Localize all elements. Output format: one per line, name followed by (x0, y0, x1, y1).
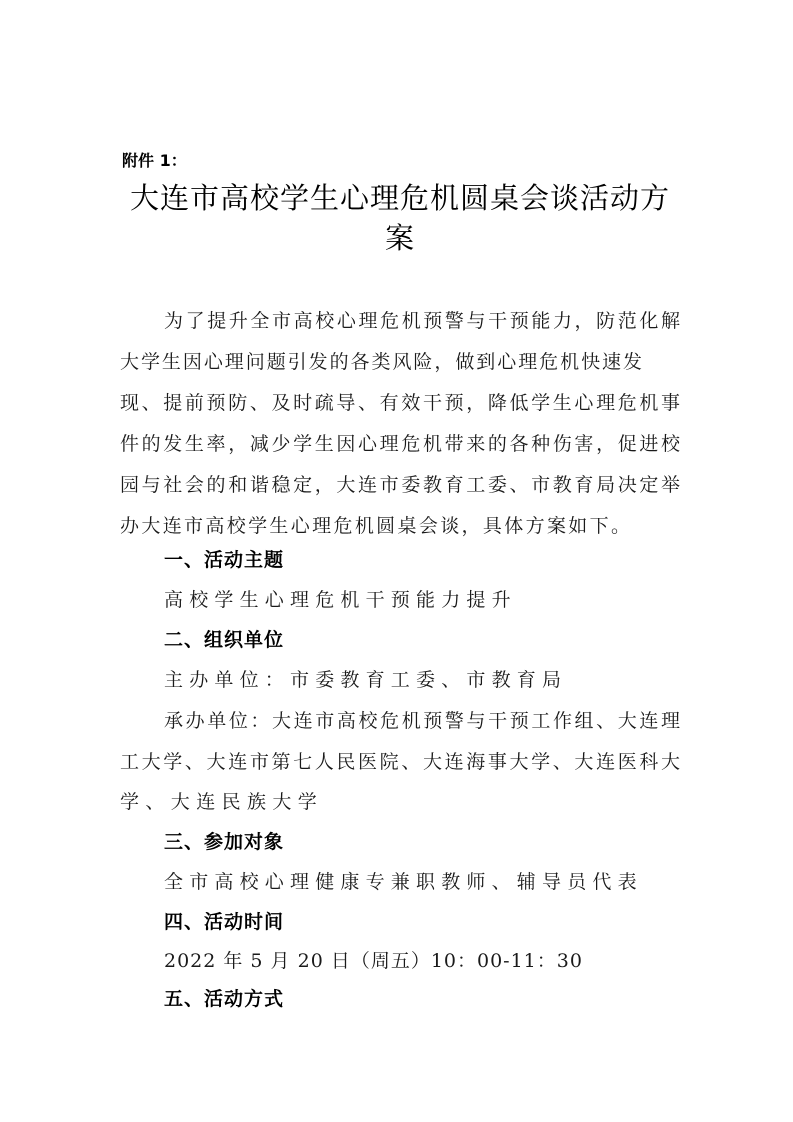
intro-line: 大学生因心理问题引发的各类风险，做到心理危机快速发 (120, 342, 642, 383)
section-text: 工大学、大连市第七人民医院、大连海事大学、大连医科大 (120, 742, 680, 783)
section-text: 学、大连民族大学 (120, 782, 680, 823)
intro-line: 现、提前预防、及时疏导、有效干预，降低学生心理危机事 (120, 383, 680, 424)
title-line-1: 大连市高校学生心理危机圆桌会谈活动方 (120, 178, 680, 218)
attachment-label: 附件 1： (122, 150, 187, 172)
section-heading-format: 五、活动方式 (164, 979, 284, 1020)
document-page: 附件 1： 大连市高校学生心理危机圆桌会谈活动方 案 为了提升全市高校心理危机预… (0, 0, 793, 1122)
section-heading-theme: 一、活动主题 (164, 540, 284, 581)
section-text: 主办单位：市委教育工委、市教育局 (164, 660, 567, 701)
section-text: 全市高校心理健康专兼职教师、辅导员代表 (164, 862, 643, 903)
section-text-date: 2022 年 5 月 20 日（周五）10：00-11：30 (164, 941, 583, 982)
section-heading-organizers: 二、组织单位 (164, 620, 284, 661)
title-line-2: 案 (120, 218, 680, 258)
section-text: 高校学生心理危机干预能力提升 (164, 580, 517, 621)
intro-line: 园与社会的和谐稳定，大连市委教育工委、市教育局决定举 (120, 465, 680, 506)
section-text: 承办单位：大连市高校危机预警与干预工作组、大连理 (120, 701, 680, 742)
document-title: 大连市高校学生心理危机圆桌会谈活动方 案 (120, 178, 680, 258)
intro-line: 件的发生率，减少学生因心理危机带来的各种伤害，促进校 (120, 424, 680, 465)
section-heading-time: 四、活动时间 (164, 902, 284, 943)
intro-line: 为了提升全市高校心理危机预警与干预能力，防范化解 (120, 301, 680, 342)
section-heading-participants: 三、参加对象 (164, 822, 284, 863)
